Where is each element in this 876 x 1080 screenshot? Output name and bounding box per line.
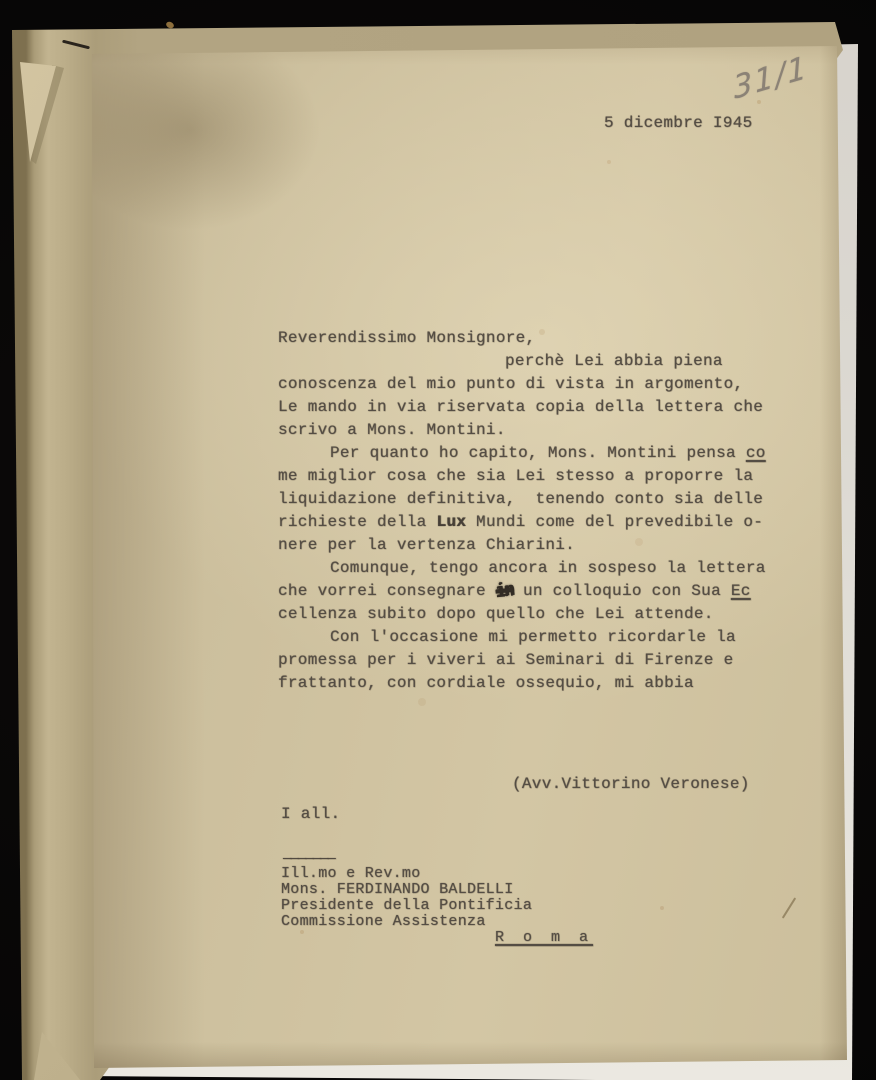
date: 5 dicembre I945: [604, 113, 753, 133]
text-segment: richieste della: [278, 513, 436, 531]
body-2-3: liquidazione definitiva, tenendo conto s…: [278, 489, 763, 509]
text-segment: (Avv.Vittorino Veronese): [512, 775, 750, 793]
foxing-stains: [757, 100, 761, 104]
body-2-2: me miglior cosa che sia Lei stesso a pro…: [278, 466, 753, 486]
text-segment: che vorrei consegnare: [278, 582, 496, 600]
body-1-1: perchè Lei abbia piena: [505, 351, 723, 371]
recipient-city: R o m a: [495, 928, 593, 948]
text-segment: 5 dicembre I945: [604, 114, 753, 132]
salutation: Reverendissimo Monsignore,: [278, 328, 535, 348]
text-segment: Con l'occasione mi permetto ricordarle l…: [330, 628, 736, 646]
text-segment: me miglior cosa che sia Lei stesso a pro…: [278, 467, 753, 485]
paper-fiber: [782, 897, 796, 918]
signature: (Avv.Vittorino Veronese): [512, 774, 750, 794]
body-1-2: conoscenza del mio punto di vista in arg…: [278, 374, 743, 394]
archival-mark-pencil: 31/1: [732, 49, 810, 107]
letter-page: 31/1 5 dicembre I945Reverendissimo Monsi…: [0, 0, 876, 1080]
text-segment: Le mando in via riservata copia della le…: [278, 398, 763, 416]
body-3-2: che vorrei consegnare in un colloquio co…: [278, 581, 751, 601]
text-segment: Lux: [436, 513, 466, 531]
text-segment: conoscenza del mio punto di vista in arg…: [278, 375, 743, 393]
page-left-shading: [85, 0, 205, 1080]
text-segment: cellenza subito dopo quello che Lei atte…: [278, 605, 714, 623]
text-segment: scrivo a Mons. Montini.: [278, 421, 506, 439]
body-2-1: Per quanto ho capito, Mons. Montini pens…: [330, 443, 766, 463]
text-segment: frattanto, con cordiale ossequio, mi abb…: [278, 674, 694, 692]
body-3-1: Comunque, tengo ancora in sospeso la let…: [330, 558, 766, 578]
recipient-line-4: Commissione Assistenza: [281, 912, 486, 932]
text-segment: I all.: [281, 805, 340, 823]
text-segment: perchè Lei abbia piena: [505, 352, 723, 370]
text-segment: nere per la vertenza Chiarini.: [278, 536, 575, 554]
body-1-3: Le mando in via riservata copia della le…: [278, 397, 763, 417]
text-segment: Ec: [731, 582, 751, 600]
body-4-3: frattanto, con cordiale ossequio, mi abb…: [278, 673, 694, 693]
body-1-4: scrivo a Mons. Montini.: [278, 420, 506, 440]
body-2-4: richieste della Lux Mundi come del preve…: [278, 512, 763, 532]
text-segment: co: [746, 444, 766, 462]
scanner-bed: 31/1 5 dicembre I945Reverendissimo Monsi…: [0, 0, 876, 1080]
text-segment: Mundi come del prevedibile o-: [466, 513, 763, 531]
text-segment: liquidazione definitiva, tenendo conto s…: [278, 490, 763, 508]
text-segment: un colloquio con Sua: [513, 582, 731, 600]
enclosure-note: I all.: [281, 804, 340, 824]
text-segment: promessa per i viveri ai Seminari di Fir…: [278, 651, 733, 669]
body-2-5: nere per la vertenza Chiarini.: [278, 535, 575, 555]
body-4-1: Con l'occasione mi permetto ricordarle l…: [330, 627, 736, 647]
body-4-2: promessa per i viveri ai Seminari di Fir…: [278, 650, 733, 670]
text-segment: R o m a: [495, 929, 593, 946]
debris-speck: [165, 21, 175, 30]
text-segment: Per quanto ho capito, Mons. Montini pens…: [330, 444, 746, 462]
text-segment: Commissione Assistenza: [281, 913, 486, 930]
handwritten-correction: in: [495, 578, 515, 604]
text-segment: Reverendissimo Monsignore,: [278, 329, 535, 347]
page-corner-shading: [60, 30, 320, 230]
text-segment: Comunque, tengo ancora in sospeso la let…: [330, 559, 766, 577]
body-3-3: cellenza subito dopo quello che Lei atte…: [278, 604, 714, 624]
